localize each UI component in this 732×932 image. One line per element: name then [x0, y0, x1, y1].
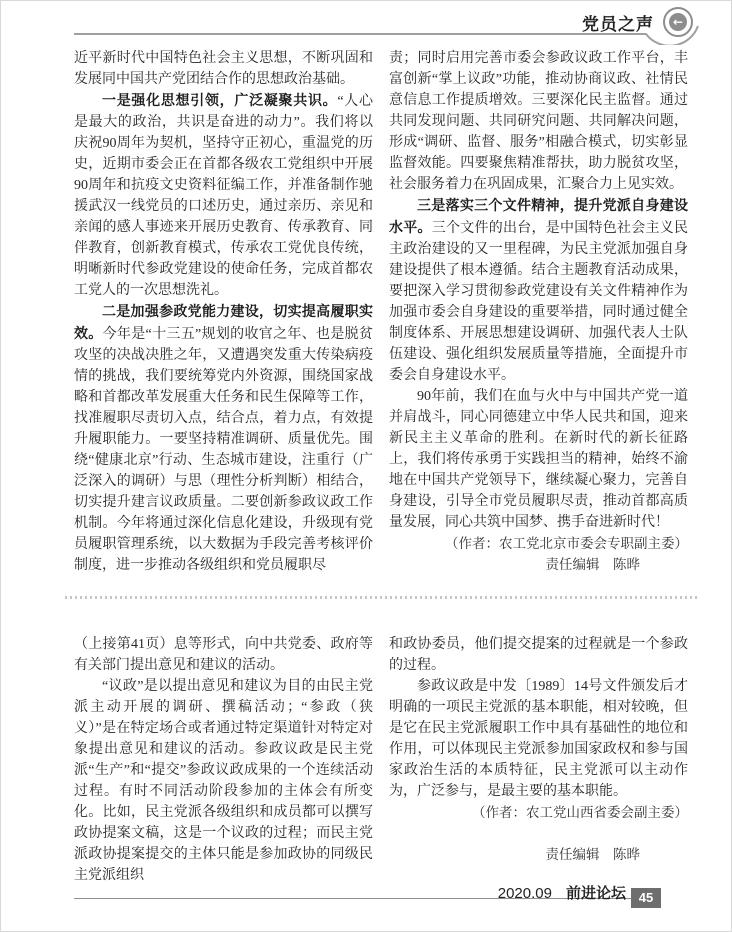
article-2-right-column: 和政协委员，他们提交提案的过程就是一个参政的过程。 参政议政是中发〔1989〕1… — [389, 634, 688, 886]
paragraph-text: “人心是最大的政治，共识是奋进的动力”。我们将以庆祝90周年为契机，坚持守正初心… — [74, 94, 373, 298]
paragraph: 三是落实三个文件精神，提升党派自身建设水平。三个文件的出台，是中国特色社会主义民… — [389, 195, 688, 386]
article-divider — [65, 596, 698, 599]
article-2-left-column: （上接第41页）息等形式，向中共党委、政府等有关部门提出意见和建议的活动。 “议… — [74, 634, 373, 886]
footer: 2020.09 前进论坛 — [498, 882, 626, 903]
article-1-left-column: 近平新时代中国特色社会主义思想，不断巩固和发展同中国共产党团结合作的思想政治基础… — [74, 48, 373, 576]
back-arrow-icon: ← — [663, 7, 693, 37]
journal-page: 党员之声 ← 近平新时代中国特色社会主义思想，不断巩固和发展同中国共产党团结合作… — [0, 0, 732, 932]
editor-line: 责任编辑 陈晔 — [389, 554, 688, 575]
author-line: （作者：农工党山西省委会副主委） — [389, 802, 688, 823]
paragraph: 二是加强参政党能力建设，切实提高履职实效。今年是“十三五”规划的收官之年、也是脱… — [74, 301, 373, 576]
paragraph: 责；同时启用完善市委会参政议政工作平台，丰富创新“掌上议政”功能，推动协商议政、… — [389, 48, 688, 195]
journal-name: 前进论坛 — [566, 882, 626, 903]
article-1: 近平新时代中国特色社会主义思想，不断巩固和发展同中国共产党团结合作的思想政治基础… — [74, 48, 689, 576]
paragraph: 90年前，我们在血与火中与中国共产党一道并肩战斗，同心同德建立中华人民共和国，迎… — [389, 386, 688, 533]
paragraph: 和政协委员，他们提交提案的过程就是一个参政的过程。 — [389, 634, 688, 676]
paragraph: 近平新时代中国特色社会主义思想，不断巩固和发展同中国共产党团结合作的思想政治基础… — [74, 48, 373, 90]
header: 党员之声 ← — [582, 7, 693, 37]
paragraph-text: 三个文件的出台，是中国特色社会主义民主政治建设的又一里程碑，为民主党派加强自身建… — [389, 221, 688, 383]
paragraph-lead: 一是强化思想引领，广泛凝聚共识。 — [102, 92, 337, 108]
paragraph-text: 责；同时启用完善市委会参政议政工作平台，丰富创新“掌上议政”功能，推动协商议政、… — [389, 51, 688, 192]
paragraph-text: 90年前，我们在血与火中与中国共产党一道并肩战斗，同心同德建立中华人民共和国，迎… — [389, 389, 688, 530]
paragraph: 参政议政是中发〔1989〕14号文件颁发后才明确的一项民主党派的基本职能，相对较… — [389, 676, 688, 802]
paragraph-text: 和政协委员，他们提交提案的过程就是一个参政的过程。 — [389, 637, 688, 673]
issue-date: 2020.09 — [498, 885, 552, 902]
paragraph: 一是强化思想引领，广泛凝聚共识。“人心是最大的政治，共识是奋进的动力”。我们将以… — [74, 90, 373, 301]
section-title: 党员之声 — [582, 10, 654, 35]
paragraph: （上接第41页）息等形式，向中共党委、政府等有关部门提出意见和建议的活动。 — [74, 634, 373, 676]
paragraph-text: 参政议政是中发〔1989〕14号文件颁发后才明确的一项民主党派的基本职能，相对较… — [389, 679, 688, 799]
paragraph-text: “议政”是以提出意见和建议为目的由民主党派主动开展的调研、撰稿活动；“参政（狭义… — [74, 679, 373, 883]
author-line: （作者：农工党北京市委会专职副主委） — [389, 533, 688, 554]
paragraph-text: 近平新时代中国特色社会主义思想，不断巩固和发展同中国共产党团结合作的思想政治基础… — [74, 51, 373, 87]
paragraph-text: 今年是“十三五”规划的收官之年、也是脱贫攻坚的决战决胜之年，又遭遇突发重大传染病… — [74, 327, 373, 573]
paragraph: “议政”是以提出意见和建议为目的由民主党派主动开展的调研、撰稿活动；“参政（狭义… — [74, 676, 373, 886]
page-number-badge: 45 — [631, 888, 661, 908]
continued-from-note: （上接第41页） — [74, 637, 174, 652]
article-2: （上接第41页）息等形式，向中共党委、政府等有关部门提出意见和建议的活动。 “议… — [74, 634, 689, 886]
editor-line: 责任编辑 陈晔 — [389, 844, 688, 865]
article-1-right-column: 责；同时启用完善市委会参政议政工作平台，丰富创新“掌上议政”功能，推动协商议政、… — [389, 48, 688, 576]
